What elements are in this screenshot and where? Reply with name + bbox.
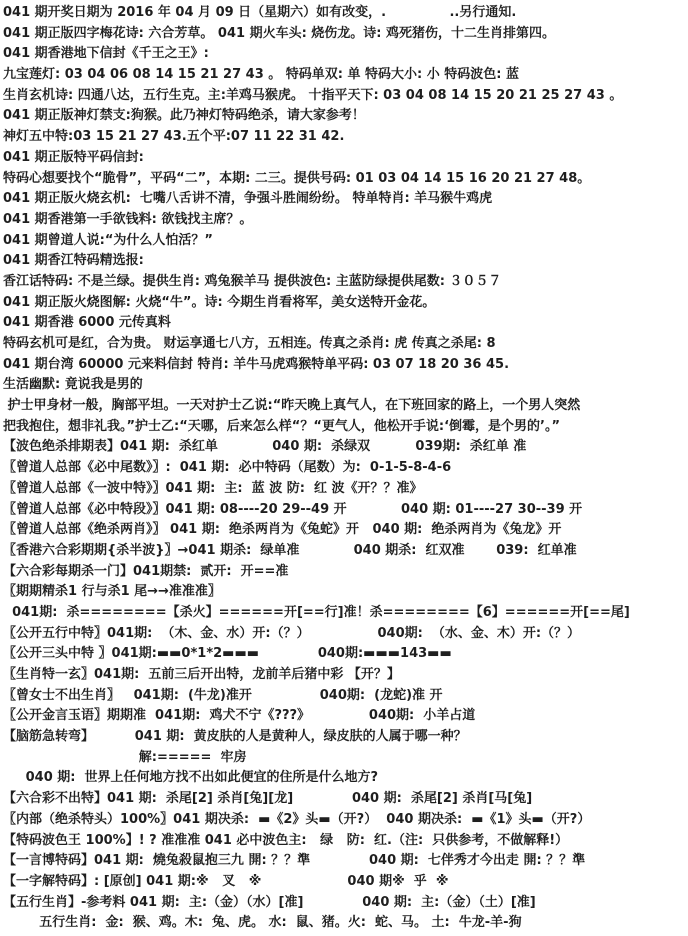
text-line: 【五行生肖】-参考料 041 期: 主:（金）（水）[准] 040 期: 主:（… (3, 893, 686, 914)
text-line: 神灯五中特:03 15 21 27 43.五个平:07 11 22 31 42. (3, 127, 686, 148)
text-line: 生肖玄机诗: 四通八达，五行生克。主:羊鸡马猴虎。 十指平天下: 03 04 0… (3, 86, 686, 107)
text-line: 〖香港六合彩期期{杀半波}〗→041 期杀: 绿单准 040 期杀: 红双准 0… (3, 541, 686, 562)
text-line: 【六合彩不出特】041 期: 杀尾[2] 杀肖[兔][龙] 040 期: 杀尾[… (3, 789, 686, 810)
text-line: 〖曾道人总部《必中特段》〗041 期: 08----20 29--49 开 04… (3, 500, 686, 521)
text-line: 〖曾道人总部《绝杀两肖》〗 041 期: 绝杀两肖为《兔蛇》开 040 期: 绝… (3, 520, 686, 541)
text-line: 〖公开五行中特〗041期: （木、金、水）开:（？） 040期: （水、金、木）… (3, 624, 686, 645)
text-line: 041 期台湾 60000 元来料信封 特肖: 羊牛马虎鸡猴特单平码: 03 0… (3, 355, 686, 376)
text-line: 041 期香港第一手欲钱料: 欲钱找主席？。 (3, 210, 686, 231)
text-line: 解:===== 牢房 (3, 748, 686, 769)
text-line: 【一言博特码】041 期: 燒兔殺鼠抱三九 開: ？？準 040 期: 七伴秀才… (3, 851, 686, 872)
text-line: 041 期正版火烧玄机: 七嘴八舌讲不清，争强斗胜闹纷纷。 特单特肖: 羊马猴牛… (3, 189, 686, 210)
text-line: 五行生肖: 金: 猴、鸡。木: 兔、虎。 水: 鼠、猪。火: 蛇、马。 土: 牛… (3, 913, 686, 934)
text-line: 〖公开三头中特 〗041期:▬▬0*1*2▬▬▬ 040期:▬▬▬143▬▬ (3, 644, 686, 665)
text-line: 〖内部（绝杀特头）100%〗041 期决杀: ▬《2》头▬（开?） 040 期决… (3, 810, 686, 831)
text-line: 041 期香港地下信封《千王之王》: (3, 44, 686, 65)
text-line: 〖曾女士不出生肖〗 041期: (牛龙)准开 040期: (龙蛇)准 开 (3, 686, 686, 707)
text-line: 041 期香江特码精选报: (3, 251, 686, 272)
text-line: 〖公开金言玉语〗期期准 041期: 鸡犬不宁《???》 040期: 小羊占道 (3, 706, 686, 727)
text-line: 041 期开奖日期为 2016 年 04 月 09 日（星期六）如有改变，. .… (3, 3, 686, 24)
text-line: 041 期香港 6000 元传真料 (3, 313, 686, 334)
text-line: 041 期正版神灯禁支:狗猴。此乃神灯特码绝杀，请大家参考！ (3, 106, 686, 127)
text-line: 〖生肖特一玄〗041期: 五前三后开出特，龙前羊后猪中彩 【开？】 (3, 665, 686, 686)
text-line: 生活幽默: 竟说我是男的 (3, 375, 686, 396)
text-line: 特码玄机可是红，合为贵。 财运享通七八方，五相连。传真之杀肖: 虎 传真之杀尾:… (3, 334, 686, 355)
text-line: 特码心想要找个“脆骨”，平码“二”，本期: 二三。提供号码: 01 03 04 … (3, 169, 686, 190)
lottery-info-sheet: 041 期开奖日期为 2016 年 04 月 09 日（星期六）如有改变，. .… (0, 0, 688, 936)
text-line: 041 期正版四字梅花诗: 六合芳草。 041 期火车头: 烧伤龙。诗: 鸡死猪… (3, 24, 686, 45)
text-line: 【脑筋急转弯】 041 期: 黄皮肤的人是黄种人，绿皮肤的人属于哪一种？ (3, 727, 686, 748)
text-line: 【波色绝杀排期表】041 期: 杀红单 040 期: 杀绿双 039期: 杀红单… (3, 437, 686, 458)
text-line: 041期: 杀========【杀火】======开[==行]准！杀======… (3, 603, 686, 624)
text-line: 【一字解特码】: [原创] 041 期:※ 叉 ※ 040 期※ 乎 ※ (3, 872, 686, 893)
text-line: 041 期曾道人说:“为什么人怕活？” (3, 231, 686, 252)
text-line: 041 期正版火烧图解: 火烧“牛”。诗: 今期生肖看将军，美女送特开金花。 (3, 293, 686, 314)
text-line: 041 期正版特平码信封: (3, 148, 686, 169)
text-line: 九宝莲灯: 03 04 06 08 14 15 21 27 43 。 特码单双:… (3, 65, 686, 86)
text-line: 〖曾道人总部《必中尾数》〗: 041 期: 必中特码（尾数）为: 0-1-5-8… (3, 458, 686, 479)
text-line: 护士甲身材一般，胸部平坦。一天对护士乙说:“昨天晚上真气人，在下班回家的路上，一… (3, 396, 686, 417)
text-line: 040 期: 世界上任何地方找不出如此便宜的住所是什么地方? (3, 768, 686, 789)
text-line: 香江话特码: 不是兰绿。提供生肖: 鸡兔猴羊马 提供波色: 主蓝防绿提供尾数: … (3, 272, 686, 293)
text-line: 〖期期精杀1 行与杀1 尾→→准准准〗 (3, 582, 686, 603)
text-line: 【六合彩每期杀一门】041期禁: 贰开: 开==准 (3, 562, 686, 583)
text-line: 【特码波色王 100%】! ? 准准准 041 必中波色主: 绿 防: 红.（注… (3, 831, 686, 852)
text-line: 〖曾道人总部《一波中特》〗041 期: 主: 蓝 波 防: 红 波《开？？准》 (3, 479, 686, 500)
text-line: 把我抱住，想非礼我。”护士乙:“天哪，后来怎么样“？“更气人，他松开手说:‘倒霉… (3, 417, 686, 438)
